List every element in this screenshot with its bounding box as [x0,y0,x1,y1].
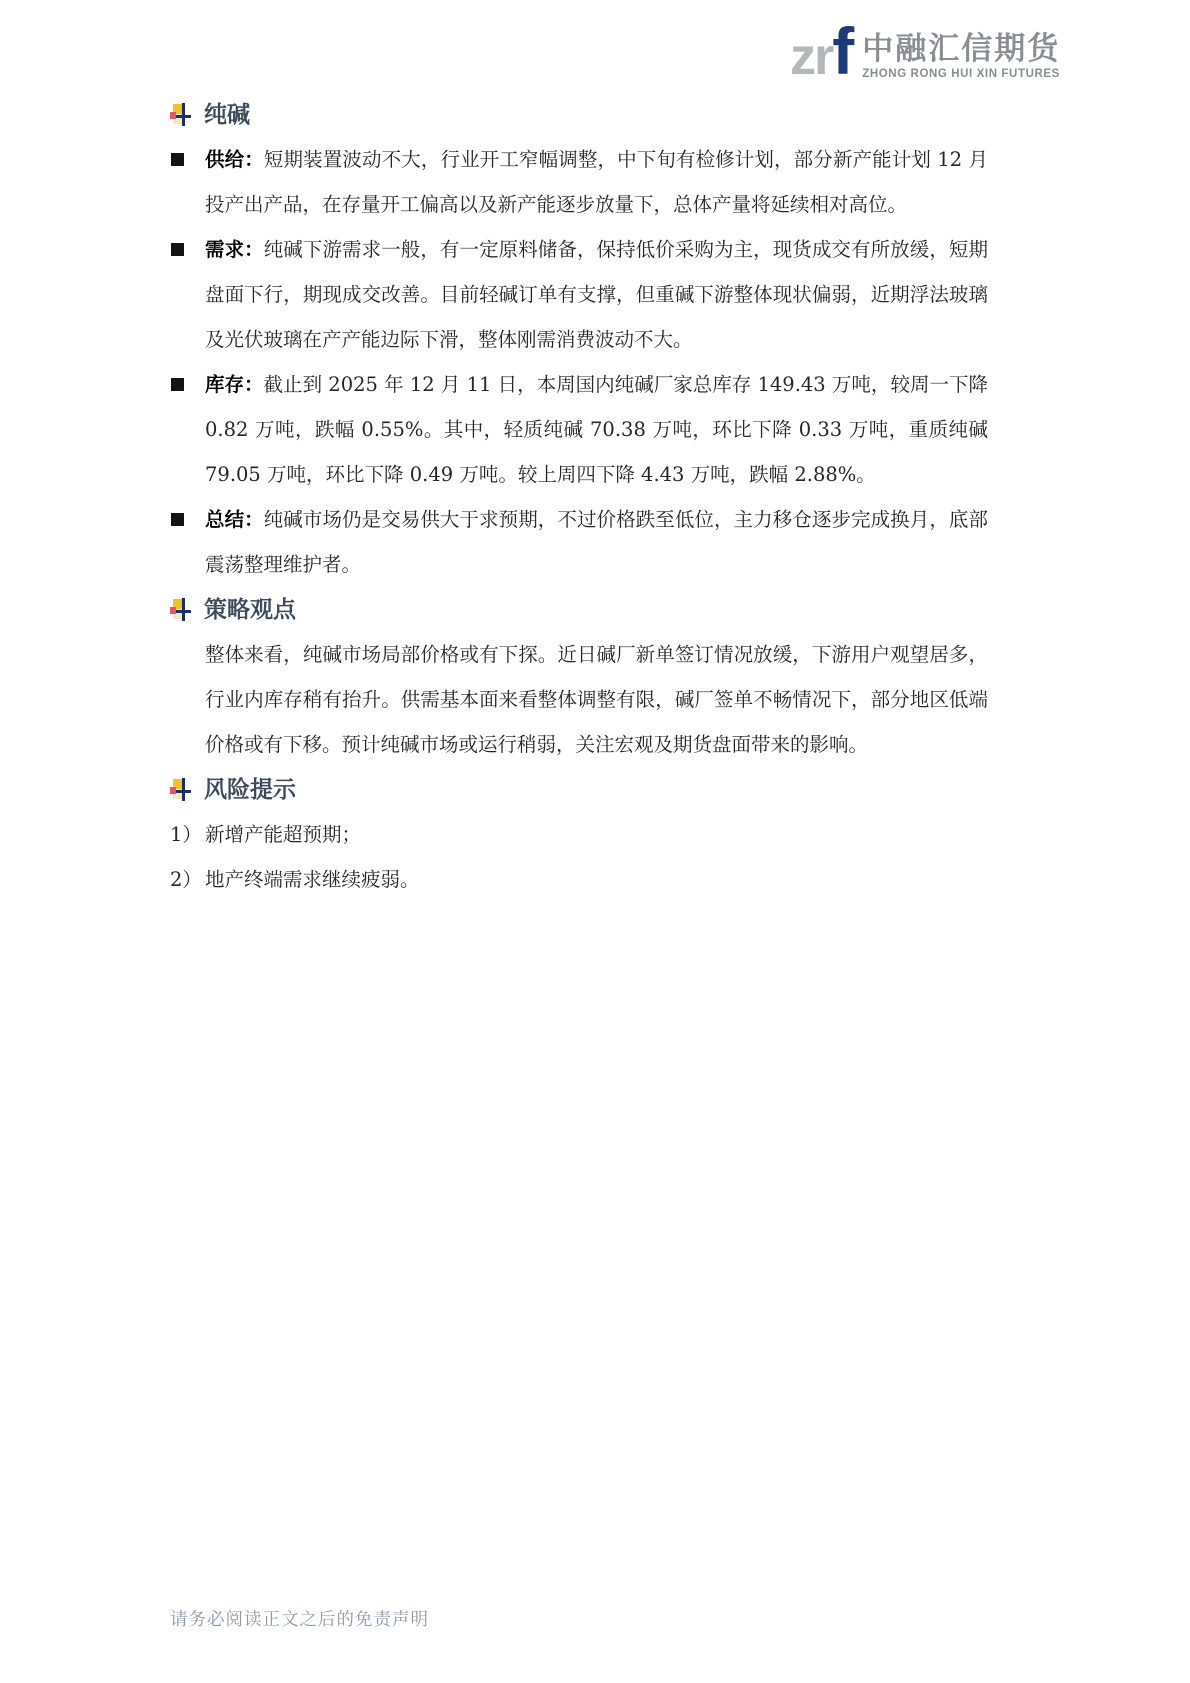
bullet-item-demand: 需求：纯碱下游需求一般，有一定原料储备，保持低价采购为主，现货成交有所放缓，短期… [170,227,988,362]
bullet-text-inventory: 截止到 2025 年 12 月 11 日，本周国内纯碱厂家总库存 149.43 … [205,373,988,486]
section-marker-icon [170,778,191,801]
bullet-item-summary: 总结：纯碱市场仍是交易供大于求预期，不过价格跌至低位，主力移仓逐步完成换月，底部… [170,497,988,587]
footer-disclaimer: 请务必阅读正文之后的免责声明 [170,1606,429,1631]
risk-item-1: 1） 新增产能超预期； [170,812,988,857]
company-logo: zrf 中融汇信期货 ZHONG RONG HUI XIN FUTURES [790,18,1060,84]
strategy-paragraph: 整体来看，纯碱市场局部价格或有下探。近日碱厂新单签订情况放缓，下游用户观望居多，… [170,632,988,767]
section-title-risk: 风险提示 [204,767,296,812]
square-bullet-icon [171,513,184,526]
logo-names: 中融汇信期货 ZHONG RONG HUI XIN FUTURES [862,32,1060,84]
logo-zr-text: zr [790,28,832,86]
section-title-strategy: 策略观点 [204,587,296,632]
section-marker-icon [170,103,191,126]
bullet-item-supply: 供给：短期装置波动不大，行业开工窄幅调整，中下旬有检修计划，部分新产能计划 12… [170,137,988,227]
logo-f-text: f [832,14,852,88]
bullet-label-inventory: 库存： [205,373,264,396]
bullet-paragraph: 需求：纯碱下游需求一般，有一定原料储备，保持低价采购为主，现货成交有所放缓，短期… [205,227,988,362]
risk-item-2: 2） 地产终端需求继续疲弱。 [170,857,988,902]
bullet-paragraph: 总结：纯碱市场仍是交易供大于求预期，不过价格跌至低位，主力移仓逐步完成换月，底部… [205,497,988,587]
section-heading-strategy: 策略观点 [170,587,988,632]
square-bullet-icon [171,153,184,166]
square-bullet-icon [171,378,184,391]
section-heading-soda-ash: 纯碱 [170,92,988,137]
risk-item-number: 2） [170,857,205,902]
bullet-text-supply: 短期装置波动不大，行业开工窄幅调整，中下旬有检修计划，部分新产能计划 12 月投… [205,148,988,216]
logo-zrf-mark: zrf [790,18,852,84]
section-marker-icon [170,598,191,621]
section-heading-risk: 风险提示 [170,767,988,812]
report-content: 纯碱 供给：短期装置波动不大，行业开工窄幅调整，中下旬有检修计划，部分新产能计划… [170,92,988,902]
bullet-text-summary: 纯碱市场仍是交易供大于求预期，不过价格跌至低位，主力移仓逐步完成换月，底部震荡整… [205,508,988,576]
bullet-item-inventory: 库存：截止到 2025 年 12 月 11 日，本周国内纯碱厂家总库存 149.… [170,362,988,497]
square-bullet-icon [171,243,184,256]
bullet-paragraph: 供给：短期装置波动不大，行业开工窄幅调整，中下旬有检修计划，部分新产能计划 12… [205,137,988,227]
report-page: zrf 中融汇信期货 ZHONG RONG HUI XIN FUTURES 纯碱… [0,0,1190,1683]
bullet-label-summary: 总结： [205,508,264,531]
logo-company-name-cn: 中融汇信期货 [862,32,1060,66]
section-title-soda-ash: 纯碱 [204,92,250,137]
bullet-label-demand: 需求： [205,238,264,261]
bullet-paragraph: 库存：截止到 2025 年 12 月 11 日，本周国内纯碱厂家总库存 149.… [205,362,988,497]
risk-item-text: 新增产能超预期； [205,812,988,857]
logo-company-name-en: ZHONG RONG HUI XIN FUTURES [862,68,1060,80]
risk-item-number: 1） [170,812,205,857]
risk-item-text: 地产终端需求继续疲弱。 [205,857,988,902]
bullet-label-supply: 供给： [205,148,264,171]
bullet-text-demand: 纯碱下游需求一般，有一定原料储备，保持低价采购为主，现货成交有所放缓，短期盘面下… [205,238,988,351]
